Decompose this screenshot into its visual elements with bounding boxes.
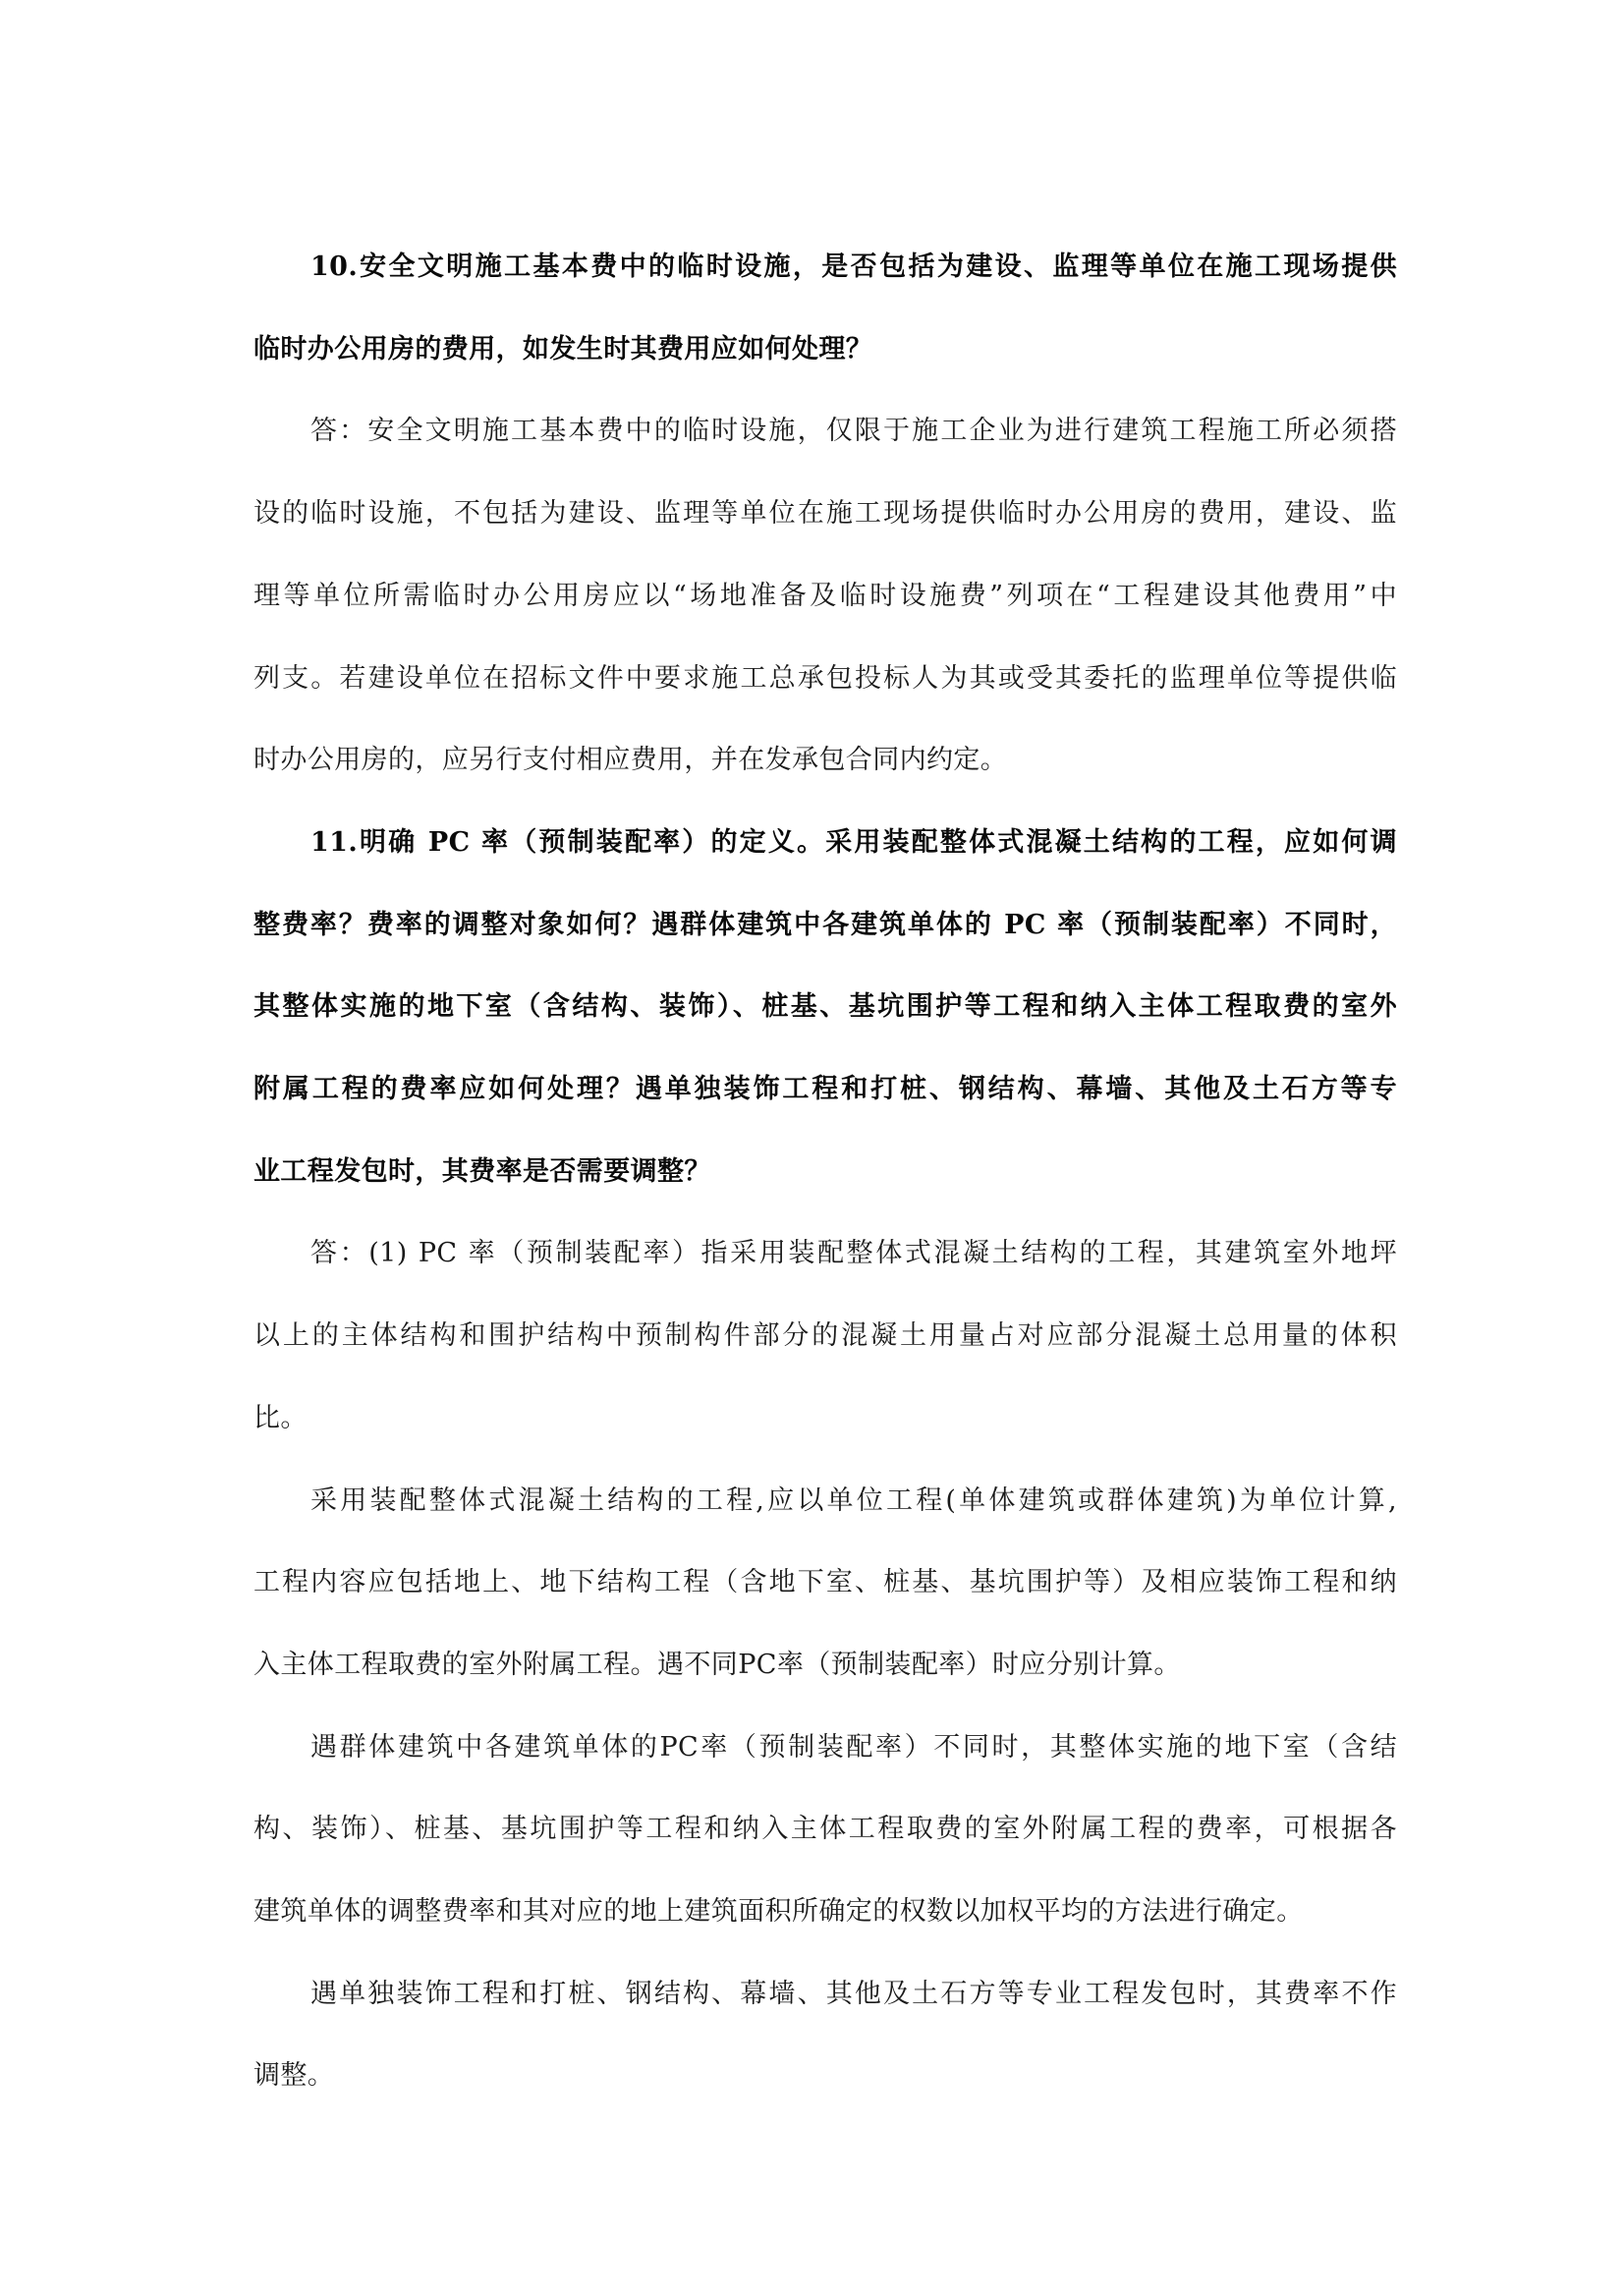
text-line: 附属工程的费率应如何处理？遇单独装饰工程和打桩、钢结构、幕墙、其他及土石方等专 bbox=[253, 1048, 1397, 1131]
text-line: 理等单位所需临时办公用房应以“场地准备及临时设施费”列项在“工程建设其他费用”中 bbox=[253, 555, 1397, 638]
answer-10: 答：安全文明施工基本费中的临时设施，仅限于施工企业为进行建筑工程施工所必须搭 设… bbox=[253, 390, 1397, 802]
text-line: 业工程发包时，其费率是否需要调整？ bbox=[253, 1131, 1397, 1213]
text-line: 10.安全文明施工基本费中的临时设施，是否包括为建设、监理等单位在施工现场提供 bbox=[253, 226, 1397, 308]
question-11: 11.明确 PC 率（预制装配率）的定义。采用装配整体式混凝土结构的工程，应如何… bbox=[253, 802, 1397, 1213]
text-line: 构、装饰）、桩基、基坑围护等工程和纳入主体工程取费的室外附属工程的费率，可根据各 bbox=[253, 1788, 1397, 1871]
text-line: 建筑单体的调整费率和其对应的地上建筑面积所确定的权数以加权平均的方法进行确定。 bbox=[253, 1871, 1397, 1953]
answer-11-part-1: 答：(1) PC 率（预制装配率）指采用装配整体式混凝土结构的工程，其建筑室外地… bbox=[253, 1212, 1397, 1459]
document-page: 10.安全文明施工基本费中的临时设施，是否包括为建设、监理等单位在施工现场提供 … bbox=[253, 226, 1397, 2117]
text-line: 11.明确 PC 率（预制装配率）的定义。采用装配整体式混凝土结构的工程，应如何… bbox=[253, 802, 1397, 884]
text-line: 比。 bbox=[253, 1377, 1397, 1460]
text-line: 其整体实施的地下室（含结构、装饰）、桩基、基坑围护等工程和纳入主体工程取费的室外 bbox=[253, 966, 1397, 1048]
question-10: 10.安全文明施工基本费中的临时设施，是否包括为建设、监理等单位在施工现场提供 … bbox=[253, 226, 1397, 390]
text-line: 整费率？费率的调整对象如何？遇群体建筑中各建筑单体的 PC 率（预制装配率）不同… bbox=[253, 884, 1397, 967]
text-line: 遇单独装饰工程和打桩、钢结构、幕墙、其他及土石方等专业工程发包时，其费率不作 bbox=[253, 1953, 1397, 2036]
answer-11-part-2: 采用装配整体式混凝土结构的工程,应以单位工程(单体建筑或群体建筑)为单位计算, … bbox=[253, 1460, 1397, 1707]
text-line: 遇群体建筑中各建筑单体的PC率（预制装配率）不同时，其整体实施的地下室（含结 bbox=[253, 1707, 1397, 1789]
text-line: 工程内容应包括地上、地下结构工程（含地下室、桩基、基坑围护等）及相应装饰工程和纳 bbox=[253, 1541, 1397, 1624]
text-line: 入主体工程取费的室外附属工程。遇不同PC率（预制装配率）时应分别计算。 bbox=[253, 1624, 1397, 1707]
text-line: 答：安全文明施工基本费中的临时设施，仅限于施工企业为进行建筑工程施工所必须搭 bbox=[253, 390, 1397, 473]
text-line: 答：(1) PC 率（预制装配率）指采用装配整体式混凝土结构的工程，其建筑室外地… bbox=[253, 1212, 1397, 1295]
text-line: 调整。 bbox=[253, 2035, 1397, 2117]
text-line: 时办公用房的，应另行支付相应费用，并在发承包合同内约定。 bbox=[253, 719, 1397, 802]
text-line: 以上的主体结构和围护结构中预制构件部分的混凝土用量占对应部分混凝土总用量的体积 bbox=[253, 1295, 1397, 1377]
text-line: 采用装配整体式混凝土结构的工程,应以单位工程(单体建筑或群体建筑)为单位计算, bbox=[253, 1460, 1397, 1542]
text-line: 列支。若建设单位在招标文件中要求施工总承包投标人为其或受其委托的监理单位等提供临 bbox=[253, 638, 1397, 720]
text-line: 设的临时设施，不包括为建设、监理等单位在施工现场提供临时办公用房的费用，建设、监 bbox=[253, 473, 1397, 555]
answer-11-part-4: 遇单独装饰工程和打桩、钢结构、幕墙、其他及土石方等专业工程发包时，其费率不作 调… bbox=[253, 1953, 1397, 2117]
text-line: 临时办公用房的费用，如发生时其费用应如何处理？ bbox=[253, 308, 1397, 391]
answer-11-part-3: 遇群体建筑中各建筑单体的PC率（预制装配率）不同时，其整体实施的地下室（含结 构… bbox=[253, 1707, 1397, 1953]
